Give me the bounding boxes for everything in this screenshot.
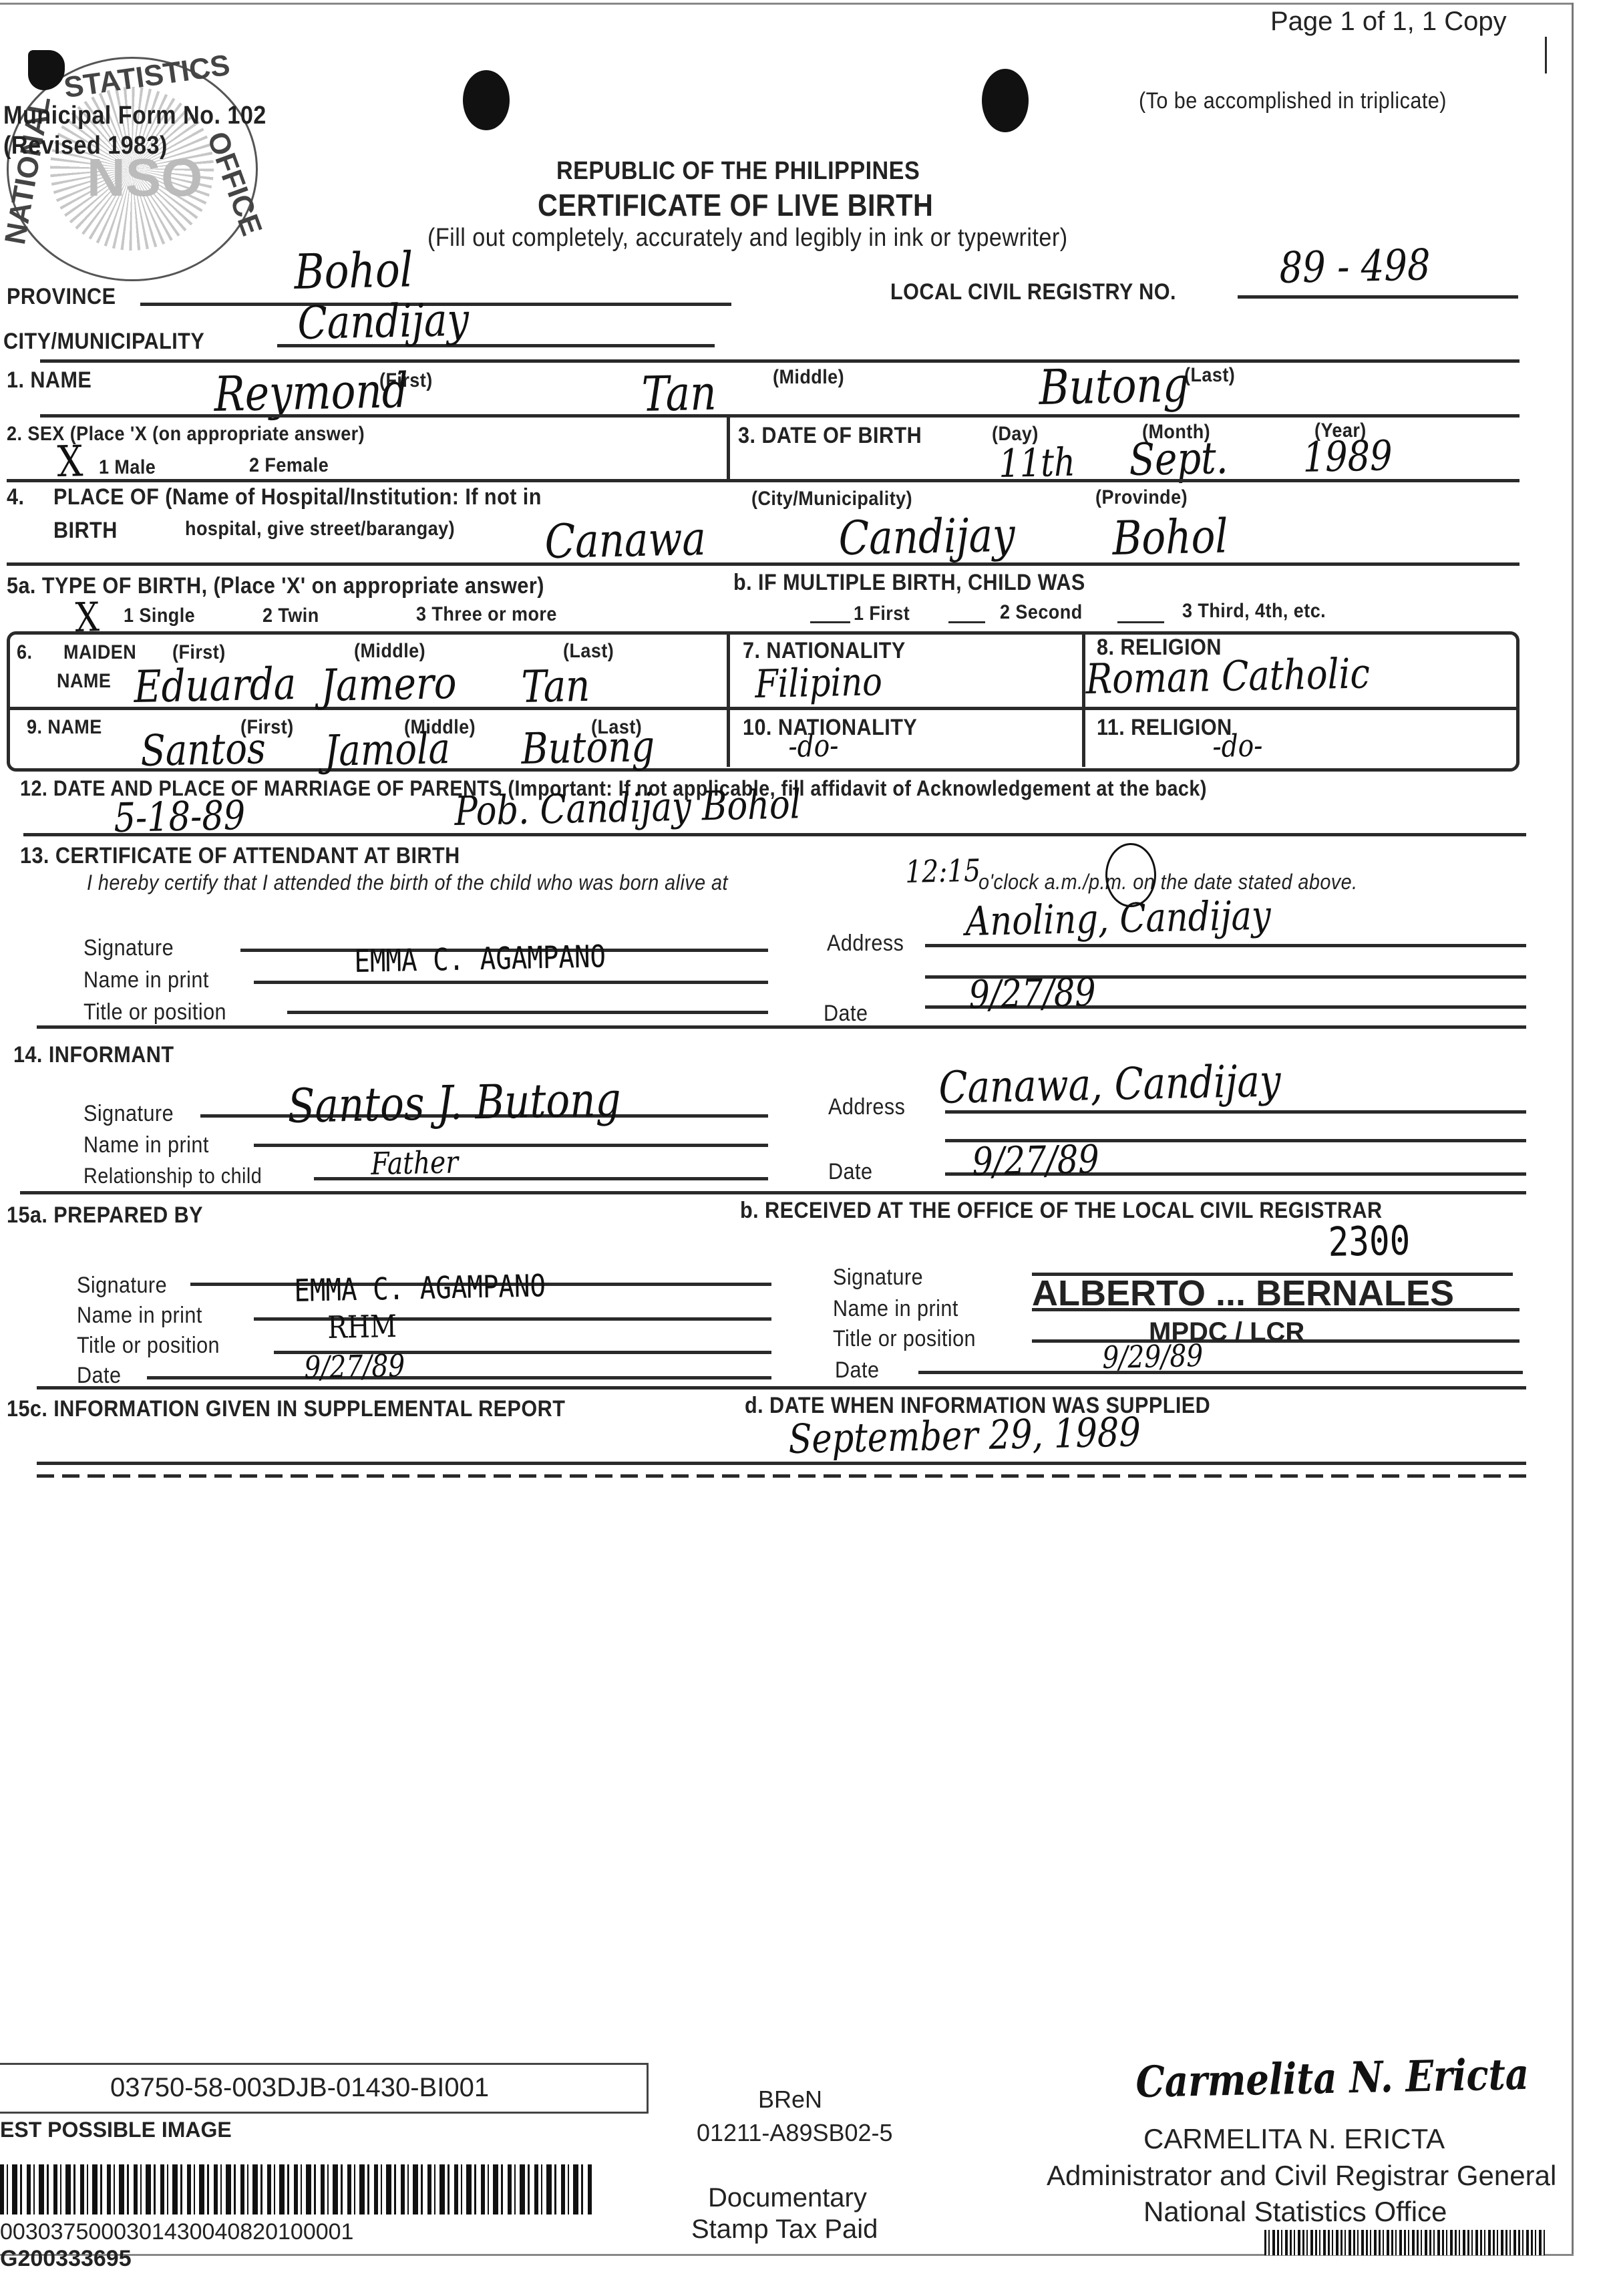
father-middle-name: Jamola [324,724,450,776]
informant-name-label: Name in print [83,1132,209,1158]
stamp-tax-line2: Stamp Tax Paid [691,2215,878,2245]
dob-label: 3. DATE OF BIRTH [738,423,922,449]
serial-number: G200333695 [0,2246,132,2272]
punch-hole-right [982,69,1029,132]
informant-label: 14. INFORMANT [13,1042,174,1068]
received-stamp-number: 2300 [1328,1217,1411,1266]
father-label: 9. NAME [27,716,102,739]
dob-year: 1989 [1302,431,1393,482]
received-name: ALBERTO ... BERNALES [1032,1273,1454,1314]
supplemental-dashed-line [37,1474,1526,1478]
pob-barangay: Canawa [544,511,706,569]
father-last-name: Butong [521,722,655,774]
province-label: PROVINCE [7,284,116,310]
document-title: CERTIFICATE OF LIVE BIRTH [538,187,933,223]
prepared-name-label: Name in print [77,1303,202,1329]
mother-nationality: Filipino [755,659,882,707]
sex-option-male[interactable]: 1 Male [99,456,156,479]
mother-first-name: Eduarda [134,658,297,713]
tob-option-three[interactable]: 3 Three or more [416,603,557,626]
received-date-label: Date [835,1357,879,1383]
mb-second-blank [948,621,985,623]
signatory-office: National Statistics Office [1143,2196,1447,2228]
prepared-title: RHM [327,1308,397,1345]
informant-relationship: Father [371,1144,458,1182]
page-border-right [1572,3,1574,2254]
attendant-name: EMMA C. AGAMPANO [354,938,606,979]
pob-label-line1: PLACE OF (Name of Hospital/Institution: … [53,484,542,510]
mother-last-label: (Last) [563,640,614,663]
sex-option-female[interactable]: 2 Female [249,454,329,477]
pob-province-label: (Provinde) [1095,486,1188,509]
stamp-tax-line1: Documentary [708,2183,867,2213]
attendant-certify-pre: I hereby certify that I attended the bir… [87,870,728,895]
mb-option-third[interactable]: 3 Third, 4th, etc. [1182,600,1326,623]
city-label: CITY/MUNICIPALITY [3,329,204,355]
signatory-barcode [1264,2230,1545,2255]
pob-label-birth: BIRTH [53,518,118,544]
attendant-signature-label: Signature [83,935,174,961]
informant-date-label: Date [828,1159,872,1185]
supplemental-line [37,1462,1526,1465]
prepared-bottom-line [37,1386,1526,1389]
mother-label-name: NAME [57,670,111,693]
tob-top-line [7,562,1519,566]
informant-address-label: Address [828,1094,905,1120]
date-supplied-value: September 29, 1989 [788,1409,1141,1463]
best-image-note: EST POSSIBLE IMAGE [0,2118,232,2142]
prepared-date-line [147,1376,771,1379]
province-value: Bohol [294,241,413,300]
informant-relationship-label: Relationship to child [83,1164,262,1188]
prepared-signature-label: Signature [77,1273,167,1299]
prepared-date: 9/27/89 [304,1347,405,1385]
attendant-title-line [287,1011,768,1014]
registry-value: 89 - 498 [1279,240,1431,293]
attendant-address-line [925,944,1526,947]
name-top-line [40,359,1519,363]
attendant-name-label: Name in print [83,967,209,993]
sex-top-line [40,414,1519,418]
attendant-bottom-line [37,1025,1526,1029]
form-number: Municipal Form No. 102 [3,102,266,130]
instructions: (Fill out completely, accurately and leg… [427,224,1068,253]
sex-dob-divider [727,414,730,481]
informant-name-line [254,1144,768,1147]
received-date-line [918,1371,1523,1374]
registry-line [1238,295,1518,299]
father-religion: -do- [1212,727,1263,764]
mother-label-maiden: MAIDEN [63,641,136,664]
informant-bottom-line [20,1191,1526,1194]
informant-name: Santos J. Butong [287,1072,621,1134]
pob-top-line [7,479,1519,482]
registry-label: LOCAL CIVIL REGISTRY NO. [890,279,1176,305]
tob-option-single[interactable]: 1 Single [124,605,195,627]
punch-hole-left [463,70,510,130]
mother-middle-name: Jamero [321,657,457,711]
mb-option-first[interactable]: 1 First [854,603,910,625]
child-first-name: Reymond [214,362,409,422]
signatory-signature: Carmelita N. Ericta [1135,2049,1529,2108]
prepared-title-label: Title or position [77,1333,220,1359]
mother-religion: Roman Catholic [1085,649,1370,703]
prepared-name: EMMA C. AGAMPANO [294,1267,546,1309]
father-nationality: -do- [788,727,839,764]
mother-last-name: Tan [521,660,590,713]
name-middle-label: (Middle) [773,366,844,389]
attendant-time: 12:15 [905,852,980,890]
name-label: 1. NAME [7,367,92,393]
prepared-label: 15a. PREPARED BY [7,1202,203,1228]
received-label: b. RECEIVED AT THE OFFICE OF THE LOCAL C… [740,1198,1383,1224]
informant-signature-label: Signature [83,1101,174,1127]
form-revised: (Revised 1983) [3,132,168,160]
informant-date: 9/27/89 [972,1136,1099,1184]
father-first-name: Santos [140,724,266,776]
attendant-date: 9/27/89 [968,969,1096,1017]
attendant-address-label: Address [827,931,904,957]
page-info: Page 1 of 1, 1 Copy [1270,7,1507,37]
attendant-label: 13. CERTIFICATE OF ATTENDANT AT BIRTH [20,843,460,869]
dob-month: Sept. [1129,432,1228,486]
pob-province: Bohol [1112,508,1228,566]
page-border-top [0,3,1572,5]
mb-first-blank [810,621,850,623]
marriage-line [23,833,1526,836]
received-name-label: Name in print [833,1296,958,1322]
mother-num: 6. [17,641,32,664]
attendant-title-label: Title or position [83,999,226,1025]
parents-divider-2 [1082,633,1085,767]
pob-city-label: (City/Municipality) [751,488,912,510]
accomplish-note: (To be accomplished in triplicate) [1139,88,1447,114]
footer-barcode [0,2164,594,2215]
signatory-name: CARMELITA N. ERICTA [1143,2123,1445,2155]
child-last-name: Butong [1039,356,1190,416]
received-date: 9/29/89 [1102,1337,1204,1375]
city-value: Candijay [297,294,470,350]
attendant-name-line [254,981,768,984]
received-signature-label: Signature [833,1265,923,1291]
supplemental-label: 15c. INFORMATION GIVEN IN SUPPLEMENTAL R… [7,1396,565,1422]
bren-label: BReN [758,2086,822,2114]
right-margin-mark [1545,37,1547,73]
pob-num: 4. [7,484,24,510]
barcode-number: 0030375000301430040820100001 [0,2219,353,2245]
tob-option-twin[interactable]: 2 Twin [262,605,319,627]
mb-option-second[interactable]: 2 Second [1000,601,1083,624]
signatory-title: Administrator and Civil Registrar Genera… [1047,2160,1556,2192]
attendant-date-label: Date [824,1001,868,1027]
reference-number: 03750-58-003DJB-01430-BI001 [110,2073,489,2103]
received-title-label: Title or position [833,1326,976,1352]
bren-number: 01211-A89SB02-5 [697,2119,893,2147]
informant-address: Canawa, Candijay [938,1055,1281,1114]
attendant-certify-post: o'clock a.m./p.m. on the date stated abo… [978,870,1358,894]
prepared-date-label: Date [77,1363,121,1389]
name-last-label: (Last) [1184,364,1235,387]
marriage-place: Pob. Candijay Bohol [454,781,801,835]
mb-third-blank [1117,621,1164,623]
parents-divider-1 [727,633,730,767]
pob-city: Candijay [838,508,1015,566]
pob-label-line2: hospital, give street/barangay) [185,518,455,540]
attendant-address: Anoling, Candijay [965,892,1271,945]
republic-heading: REPUBLIC OF THE PHILIPPINES [556,157,920,186]
multiple-birth-label: b. IF MULTIPLE BIRTH, CHILD WAS [733,570,1085,596]
